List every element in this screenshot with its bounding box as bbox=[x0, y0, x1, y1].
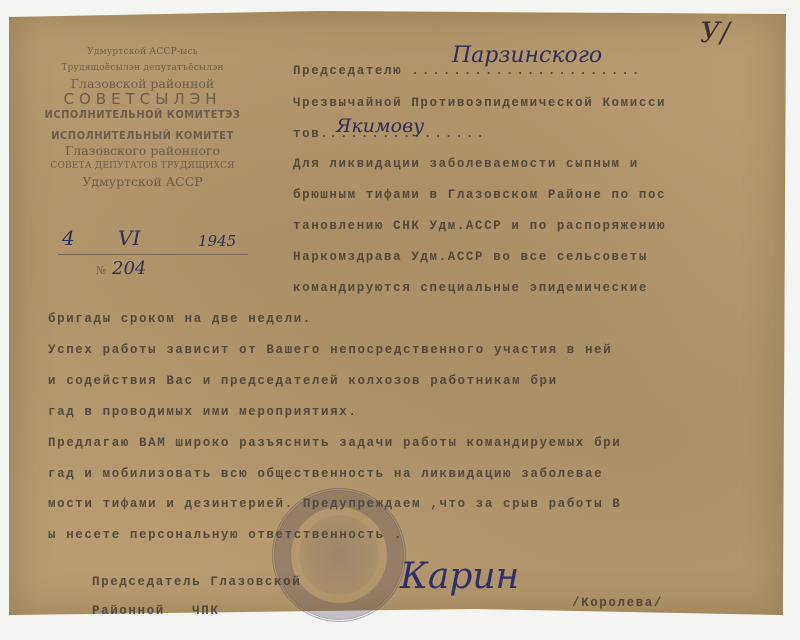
date-month: VI bbox=[118, 226, 140, 250]
signatory-name: /Королева/ bbox=[572, 596, 663, 610]
addressee-title: Председателю bbox=[293, 64, 402, 78]
body-line: Успех работы зависит от Вашего непосредс… bbox=[48, 343, 612, 357]
body-line: и содействия Вас и председателей колхозо… bbox=[48, 374, 558, 388]
body-line: командируются специальные эпидемические bbox=[293, 281, 648, 295]
stamp-line: Удмуртской АССР bbox=[30, 174, 255, 190]
date-day: 4 bbox=[62, 226, 75, 250]
seal-emblem bbox=[299, 515, 379, 595]
body-line: гад и мобилизовать всю общественность на… bbox=[48, 467, 603, 481]
stamp-line: ИСПОЛНИТЕЛЬНЫЙ КОМИТЕТ bbox=[30, 128, 255, 144]
handwritten-district: Парзинского bbox=[452, 43, 602, 68]
signatory-title-line-1: Председатель Глазовской bbox=[92, 575, 301, 589]
body-line: брюшным тифами в Глазовском Районе по по… bbox=[293, 188, 666, 202]
handwritten-signature: Карин bbox=[400, 556, 519, 597]
signatory-title-line-2: Районной ЧПК bbox=[92, 604, 219, 618]
date-year: 1945 bbox=[198, 232, 236, 250]
stamp-line: Глазовского районного bbox=[30, 143, 255, 159]
stamp-line: СОВЕТСЫЛЭН bbox=[30, 92, 255, 108]
official-seal bbox=[272, 488, 406, 622]
handwritten-addressee-name: Якимову bbox=[336, 115, 424, 137]
body-line: Наркомздрава Удм.АССР во все сельсоветы bbox=[293, 250, 648, 264]
body-line: гад в проводимых ими мероприятиях. bbox=[48, 405, 357, 419]
reg-number-label: № bbox=[96, 264, 106, 277]
reg-number: 204 bbox=[112, 258, 146, 279]
body-line: Предлагаю ВАМ широко разъяснить задачи р… bbox=[48, 436, 621, 450]
corner-handwritten-mark: У/ bbox=[700, 16, 730, 49]
stamp-line: Удмуртской АССР-ысь bbox=[30, 45, 255, 61]
stamp-line: Трудящоёсылэн депутатъёсылэн bbox=[30, 61, 255, 77]
body-line: тановлению СНК Удм.АССР и по распоряжени… bbox=[293, 219, 666, 233]
letterhead-stamp: Удмуртской АССР-ысь Трудящоёсылэн депута… bbox=[30, 45, 255, 190]
stamp-line: СОВЕТА ДЕПУТАТОВ ТРУДЯЩИХСЯ bbox=[30, 159, 255, 175]
addressee-prefix: тов. bbox=[293, 127, 329, 141]
body-line: бригады сроком на две недели. bbox=[48, 312, 312, 326]
stamp-line: ИСПОЛНИТЕЛЬНОЙ КОМИТЕТЭЗ bbox=[30, 107, 255, 123]
addressee-line-2: Чрезвычайной Противоэпидемической Комисс… bbox=[293, 96, 666, 110]
body-line: Для ликвидации заболеваемости сыпным и bbox=[293, 157, 639, 171]
